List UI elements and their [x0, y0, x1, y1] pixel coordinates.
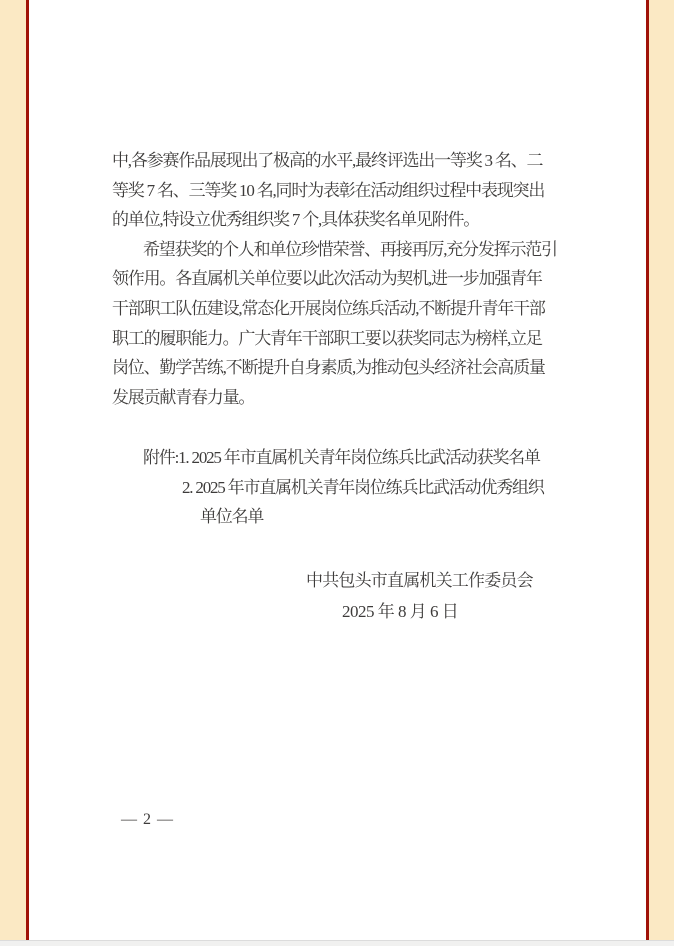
attachment-list: 附件:1. 2025 年市直属机关青年岗位练兵比武活动获奖名单 2. 2025 …: [143, 443, 544, 532]
body-line: 等奖 7 名、三等奖 10 名,同时为表彰在活动组织过程中表现突出: [112, 176, 574, 206]
signature-organization: 中共包头市直属机关工作委员会: [306, 566, 533, 591]
body-line: 的单位,特设立优秀组织奖 7 个,具体获奖名单见附件。: [112, 205, 574, 235]
attachment-item-2: 2. 2025 年市直属机关青年岗位练兵比武活动优秀组织: [182, 473, 544, 503]
body-line: 希望获奖的个人和单位珍惜荣誉、再接再厉,充分发挥示范引: [112, 235, 574, 265]
document-viewer: 中,各参赛作品展现出了极高的水平,最终评选出一等奖 3 名、二 等奖 7 名、三…: [0, 0, 674, 946]
attachment-item-2-continuation: 单位名单: [200, 502, 544, 532]
body-line: 岗位、勤学苦练,不断提升自身素质,为推动包头经济社会高质量: [112, 353, 574, 383]
document-page: 中,各参赛作品展现出了极高的水平,最终评选出一等奖 3 名、二 等奖 7 名、三…: [26, 0, 649, 940]
attachment-item-1: 附件:1. 2025 年市直属机关青年岗位练兵比武活动获奖名单: [143, 443, 544, 473]
signature-date: 2025 年 8 月 6 日: [342, 597, 458, 622]
document-body: 中,各参赛作品展现出了极高的水平,最终评选出一等奖 3 名、二 等奖 7 名、三…: [112, 146, 574, 412]
body-line: 干部职工队伍建设,常态化开展岗位练兵活动,不断提升青年干部: [112, 294, 574, 324]
body-line: 领作用。各直属机关单位要以此次活动为契机,进一步加强青年: [112, 264, 574, 294]
page-number: — 2 —: [121, 811, 174, 829]
body-line: 发展贡献青春力量。: [112, 383, 574, 413]
body-line: 职工的履职能力。广大青年干部职工要以获奖同志为榜样,立足: [112, 324, 574, 354]
body-line: 中,各参赛作品展现出了极高的水平,最终评选出一等奖 3 名、二: [112, 146, 574, 176]
viewport-bottom-strip: [0, 940, 674, 946]
